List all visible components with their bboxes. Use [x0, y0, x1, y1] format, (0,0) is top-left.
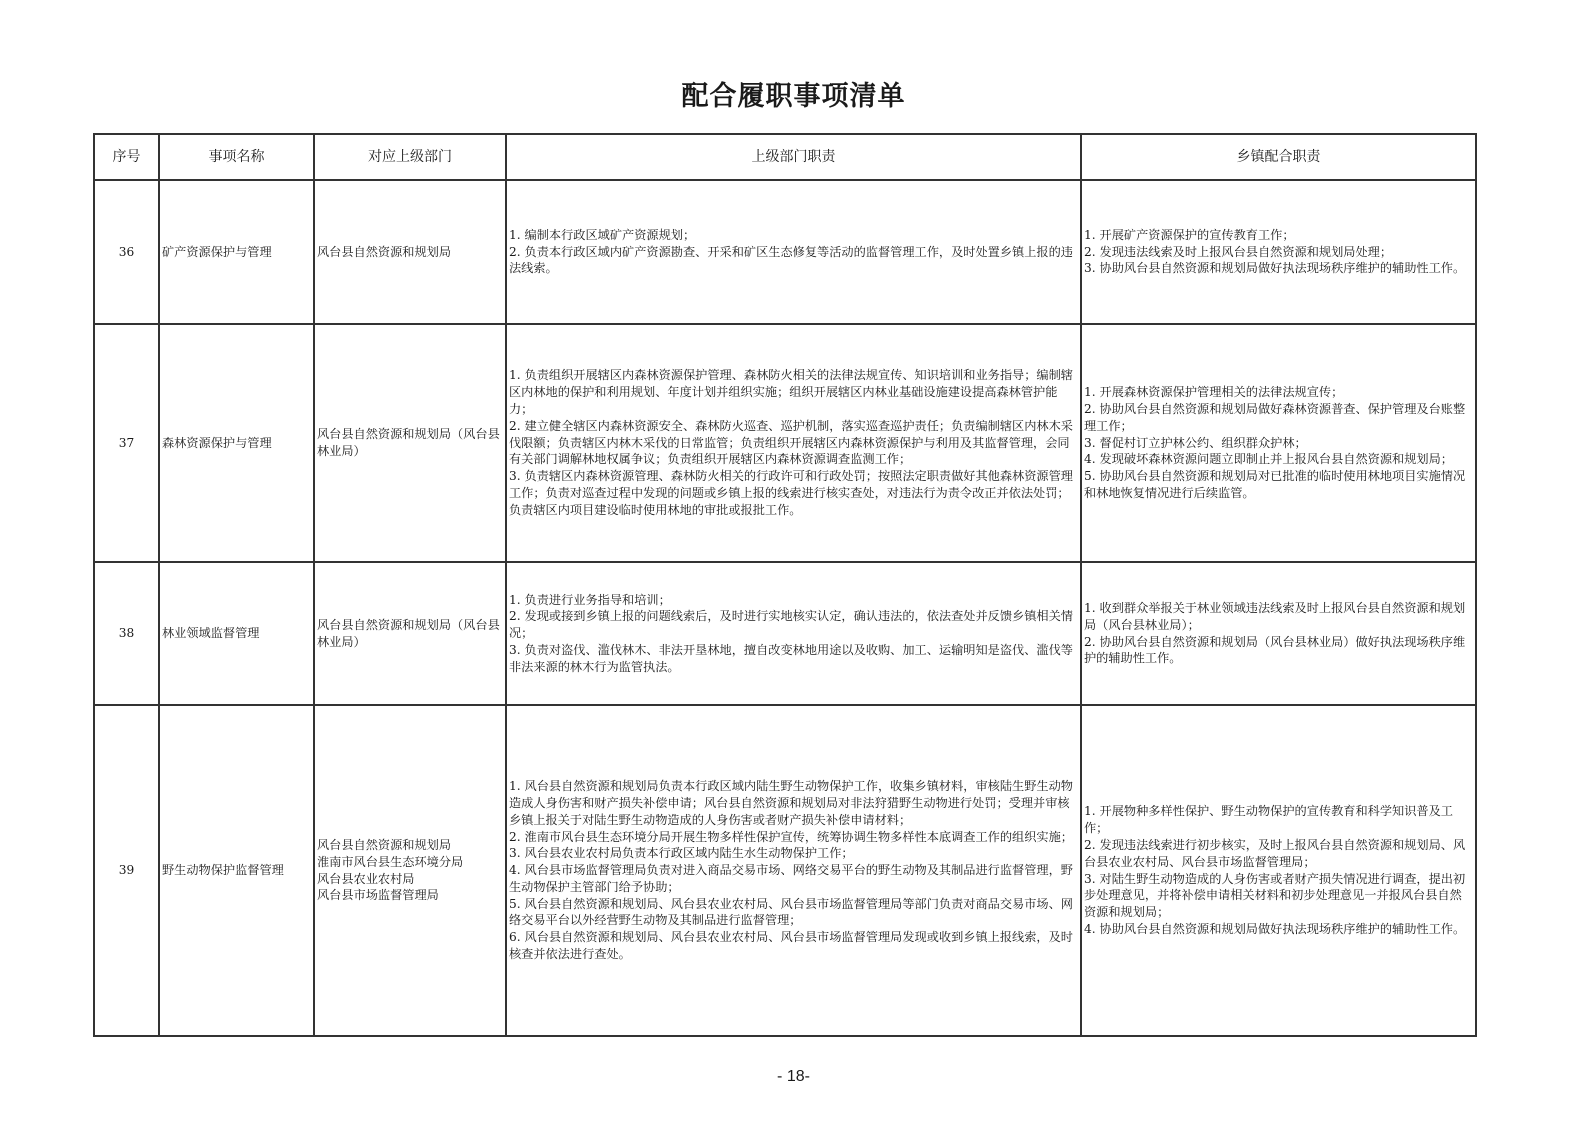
header-township-duties: 乡镇配合职责: [1081, 134, 1476, 180]
cell-township-duties: 1. 收到群众举报关于林业领域违法线索及时上报风台县自然资源和规划局（风台县林业…: [1081, 562, 1476, 705]
cell-seq: 37: [94, 324, 159, 562]
cell-township-duties: 1. 开展物种多样性保护、野生动物保护的宣传教育和科学知识普及工作； 2. 发现…: [1081, 705, 1476, 1036]
cell-superior-duties: 1. 风台县自然资源和规划局负责本行政区域内陆生野生动物保护工作，收集乡镇材料，…: [506, 705, 1081, 1036]
cell-township-duties: 1. 开展矿产资源保护的宣传教育工作； 2. 发现违法线索及时上报风台县自然资源…: [1081, 180, 1476, 324]
table-row: 38 林业领域监督管理 风台县自然资源和规划局（风台县林业局） 1. 负责进行业…: [94, 562, 1476, 705]
cell-item-name: 矿产资源保护与管理: [159, 180, 314, 324]
cell-item-name: 林业领域监督管理: [159, 562, 314, 705]
cell-seq: 38: [94, 562, 159, 705]
table-header-row: 序号 事项名称 对应上级部门 上级部门职责 乡镇配合职责: [94, 134, 1476, 180]
header-item-name: 事项名称: [159, 134, 314, 180]
cell-seq: 39: [94, 705, 159, 1036]
cell-superior-dept: 风台县自然资源和规划局 淮南市风台县生态环境分局 风台县农业农村局 风台县市场监…: [314, 705, 506, 1036]
cell-superior-duties: 1. 编制本行政区域矿产资源规划； 2. 负责本行政区域内矿产资源勘查、开采和矿…: [506, 180, 1081, 324]
cell-item-name: 森林资源保护与管理: [159, 324, 314, 562]
cell-superior-duties: 1. 负责组织开展辖区内森林资源保护管理、森林防火相关的法律法规宣传、知识培训和…: [506, 324, 1081, 562]
document-title: 配合履职事项清单: [0, 74, 1587, 113]
header-superior-dept: 对应上级部门: [314, 134, 506, 180]
cell-superior-duties: 1. 负责进行业务指导和培训； 2. 发现或接到乡镇上报的问题线索后，及时进行实…: [506, 562, 1081, 705]
cell-item-name: 野生动物保护监督管理: [159, 705, 314, 1036]
header-seq: 序号: [94, 134, 159, 180]
cell-seq: 36: [94, 180, 159, 324]
table-row: 39 野生动物保护监督管理 风台县自然资源和规划局 淮南市风台县生态环境分局 风…: [94, 705, 1476, 1036]
cell-superior-dept: 风台县自然资源和规划局（风台县林业局）: [314, 562, 506, 705]
cell-superior-dept: 风台县自然资源和规划局: [314, 180, 506, 324]
duties-table: 序号 事项名称 对应上级部门 上级部门职责 乡镇配合职责 36 矿产资源保护与管…: [93, 133, 1477, 1037]
cell-superior-dept: 风台县自然资源和规划局（风台县林业局）: [314, 324, 506, 562]
cell-township-duties: 1. 开展森林资源保护管理相关的法律法规宣传； 2. 协助风台县自然资源和规划局…: [1081, 324, 1476, 562]
table-row: 36 矿产资源保护与管理 风台县自然资源和规划局 1. 编制本行政区域矿产资源规…: [94, 180, 1476, 324]
page-number: - 18-: [0, 1068, 1587, 1086]
header-superior-duties: 上级部门职责: [506, 134, 1081, 180]
table-row: 37 森林资源保护与管理 风台县自然资源和规划局（风台县林业局） 1. 负责组织…: [94, 324, 1476, 562]
